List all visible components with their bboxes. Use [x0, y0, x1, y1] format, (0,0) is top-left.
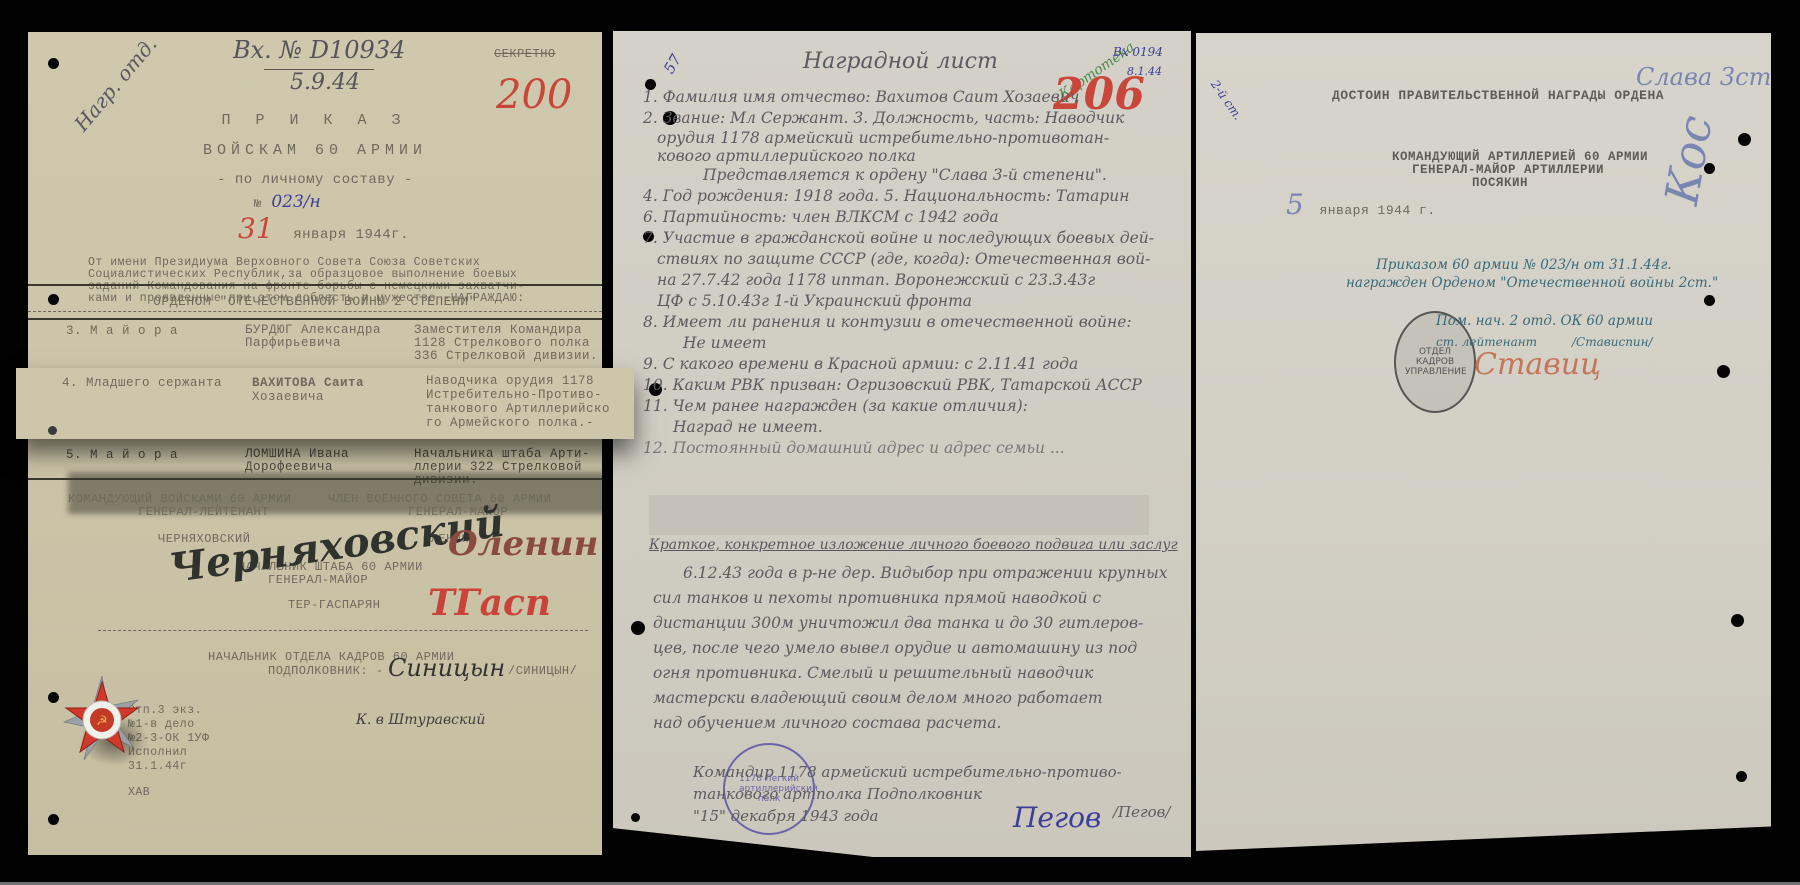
- artillery-commander-name: ПОСЯКИН: [1472, 176, 1528, 190]
- award-sheet-title: Наградной лист: [803, 49, 998, 74]
- order-date-day: 31: [238, 212, 274, 245]
- incoming-number: Вх. № D10934: [233, 36, 405, 64]
- conclusion-date: 5 января 1944 г.: [1286, 188, 1436, 221]
- conclusion-sheet-page: 2-й ст. ДОСТОИН ПРАВИТЕЛЬСТВЕННОЙ НАГРАД…: [1196, 33, 1771, 851]
- punch-hole: [1738, 133, 1751, 146]
- punch-hole: [631, 621, 645, 635]
- signature-stavitsky: Ставиц: [1474, 347, 1601, 382]
- order-patriotic-war-medal-icon: ☭: [52, 670, 152, 770]
- artillery-commander-title: КОМАНДУЮЩИЙ АРТИЛЛЕРИЕЙ 60 АРМИИ: [1392, 150, 1648, 164]
- signature-olenin: Оленин: [448, 524, 598, 564]
- incoming-number: Вх 0194: [1113, 45, 1163, 59]
- punch-hole: [48, 426, 57, 435]
- award-sheet-fields: 1. Фамилия имя отчество: Вахитов Саит Хо…: [643, 87, 1183, 459]
- highlighted-entry-strip: 4. Младшего сержанта ВАХИТОВА СаитаХозае…: [16, 368, 634, 439]
- dashed-divider: [98, 630, 588, 631]
- signature-pegov: Пегов: [1013, 801, 1101, 834]
- margin-note: 2-й ст.: [1208, 77, 1245, 122]
- order-title: П Р И К А З: [28, 112, 602, 129]
- award-sheet-page: 57 Наградной лист Картотека 206 Вх 0194 …: [613, 31, 1191, 857]
- order-number: № 023/н: [254, 192, 321, 212]
- corner-number: 57: [660, 51, 685, 77]
- signature-ter-gasparyan: ТГасп: [428, 582, 551, 624]
- order-date: 31 января 1944г.: [238, 212, 409, 245]
- divider: [28, 318, 602, 320]
- order-number-value: 023/н: [271, 192, 320, 212]
- punch-hole: [631, 813, 640, 822]
- section-heading: Краткое, конкретное изложение личного бо…: [649, 537, 1178, 553]
- svg-text:☭: ☭: [96, 714, 108, 729]
- order-subtitle: ВОЙСКАМ 60 АРМИИ: [28, 142, 602, 159]
- footer-name: /Пегов/: [1113, 803, 1170, 821]
- entry-rank: 4. Младшего сержанта: [62, 376, 222, 390]
- punch-hole: [1717, 365, 1730, 378]
- incoming-date: 8.1.44: [1127, 65, 1162, 78]
- order-date-rest: января 1944г.: [293, 227, 409, 243]
- worthy-of-award-line: ДОСТОИН ПРАВИТЕЛЬСТВЕННОЙ НАГРАДЫ ОРДЕНА: [1332, 88, 1664, 103]
- narrative: 6.12.43 года в р-не дер. Видыбор при отр…: [653, 561, 1173, 736]
- order-scope: - по личному составу -: [28, 172, 602, 188]
- order-name: ОРДЕНОМ "ОТЕЧЕСТВЕННОЙ ВОЙНЫ 2 СТЕПЕНИ": [28, 294, 602, 312]
- signature-sinitsyn: Синицын: [388, 654, 505, 682]
- award-resolution: Приказом 60 армии № 023/н от 31.1.44г. н…: [1346, 256, 1718, 292]
- signature-posyakin: Кос: [1654, 111, 1723, 208]
- entry-position: Наводчика орудия 1178Истребительно-Проти…: [426, 374, 610, 430]
- copy-note: К. в Штуравский: [356, 712, 485, 728]
- divider: [28, 478, 602, 480]
- redacted-area: [649, 495, 1149, 535]
- classification-label: СЕКРЕТНО: [494, 47, 556, 61]
- handwritten-award-name: Слава 3ст.: [1636, 63, 1771, 91]
- punch-hole: [48, 58, 59, 69]
- punch-hole: [1731, 614, 1744, 627]
- entry-name: ВАХИТОВА СаитаХозаевича: [252, 376, 364, 404]
- divider: [28, 284, 602, 286]
- incoming-date: 5.9.44: [290, 70, 360, 95]
- punch-hole: [48, 814, 59, 825]
- attest-line: Пом. нач. 2 отд. ОК 60 армии: [1436, 313, 1653, 329]
- artillery-commander-rank: ГЕНЕРАЛ-МАЙОР АРТИЛЛЕРИИ: [1412, 163, 1604, 177]
- punch-hole: [1736, 771, 1747, 782]
- punch-hole: [1704, 295, 1715, 306]
